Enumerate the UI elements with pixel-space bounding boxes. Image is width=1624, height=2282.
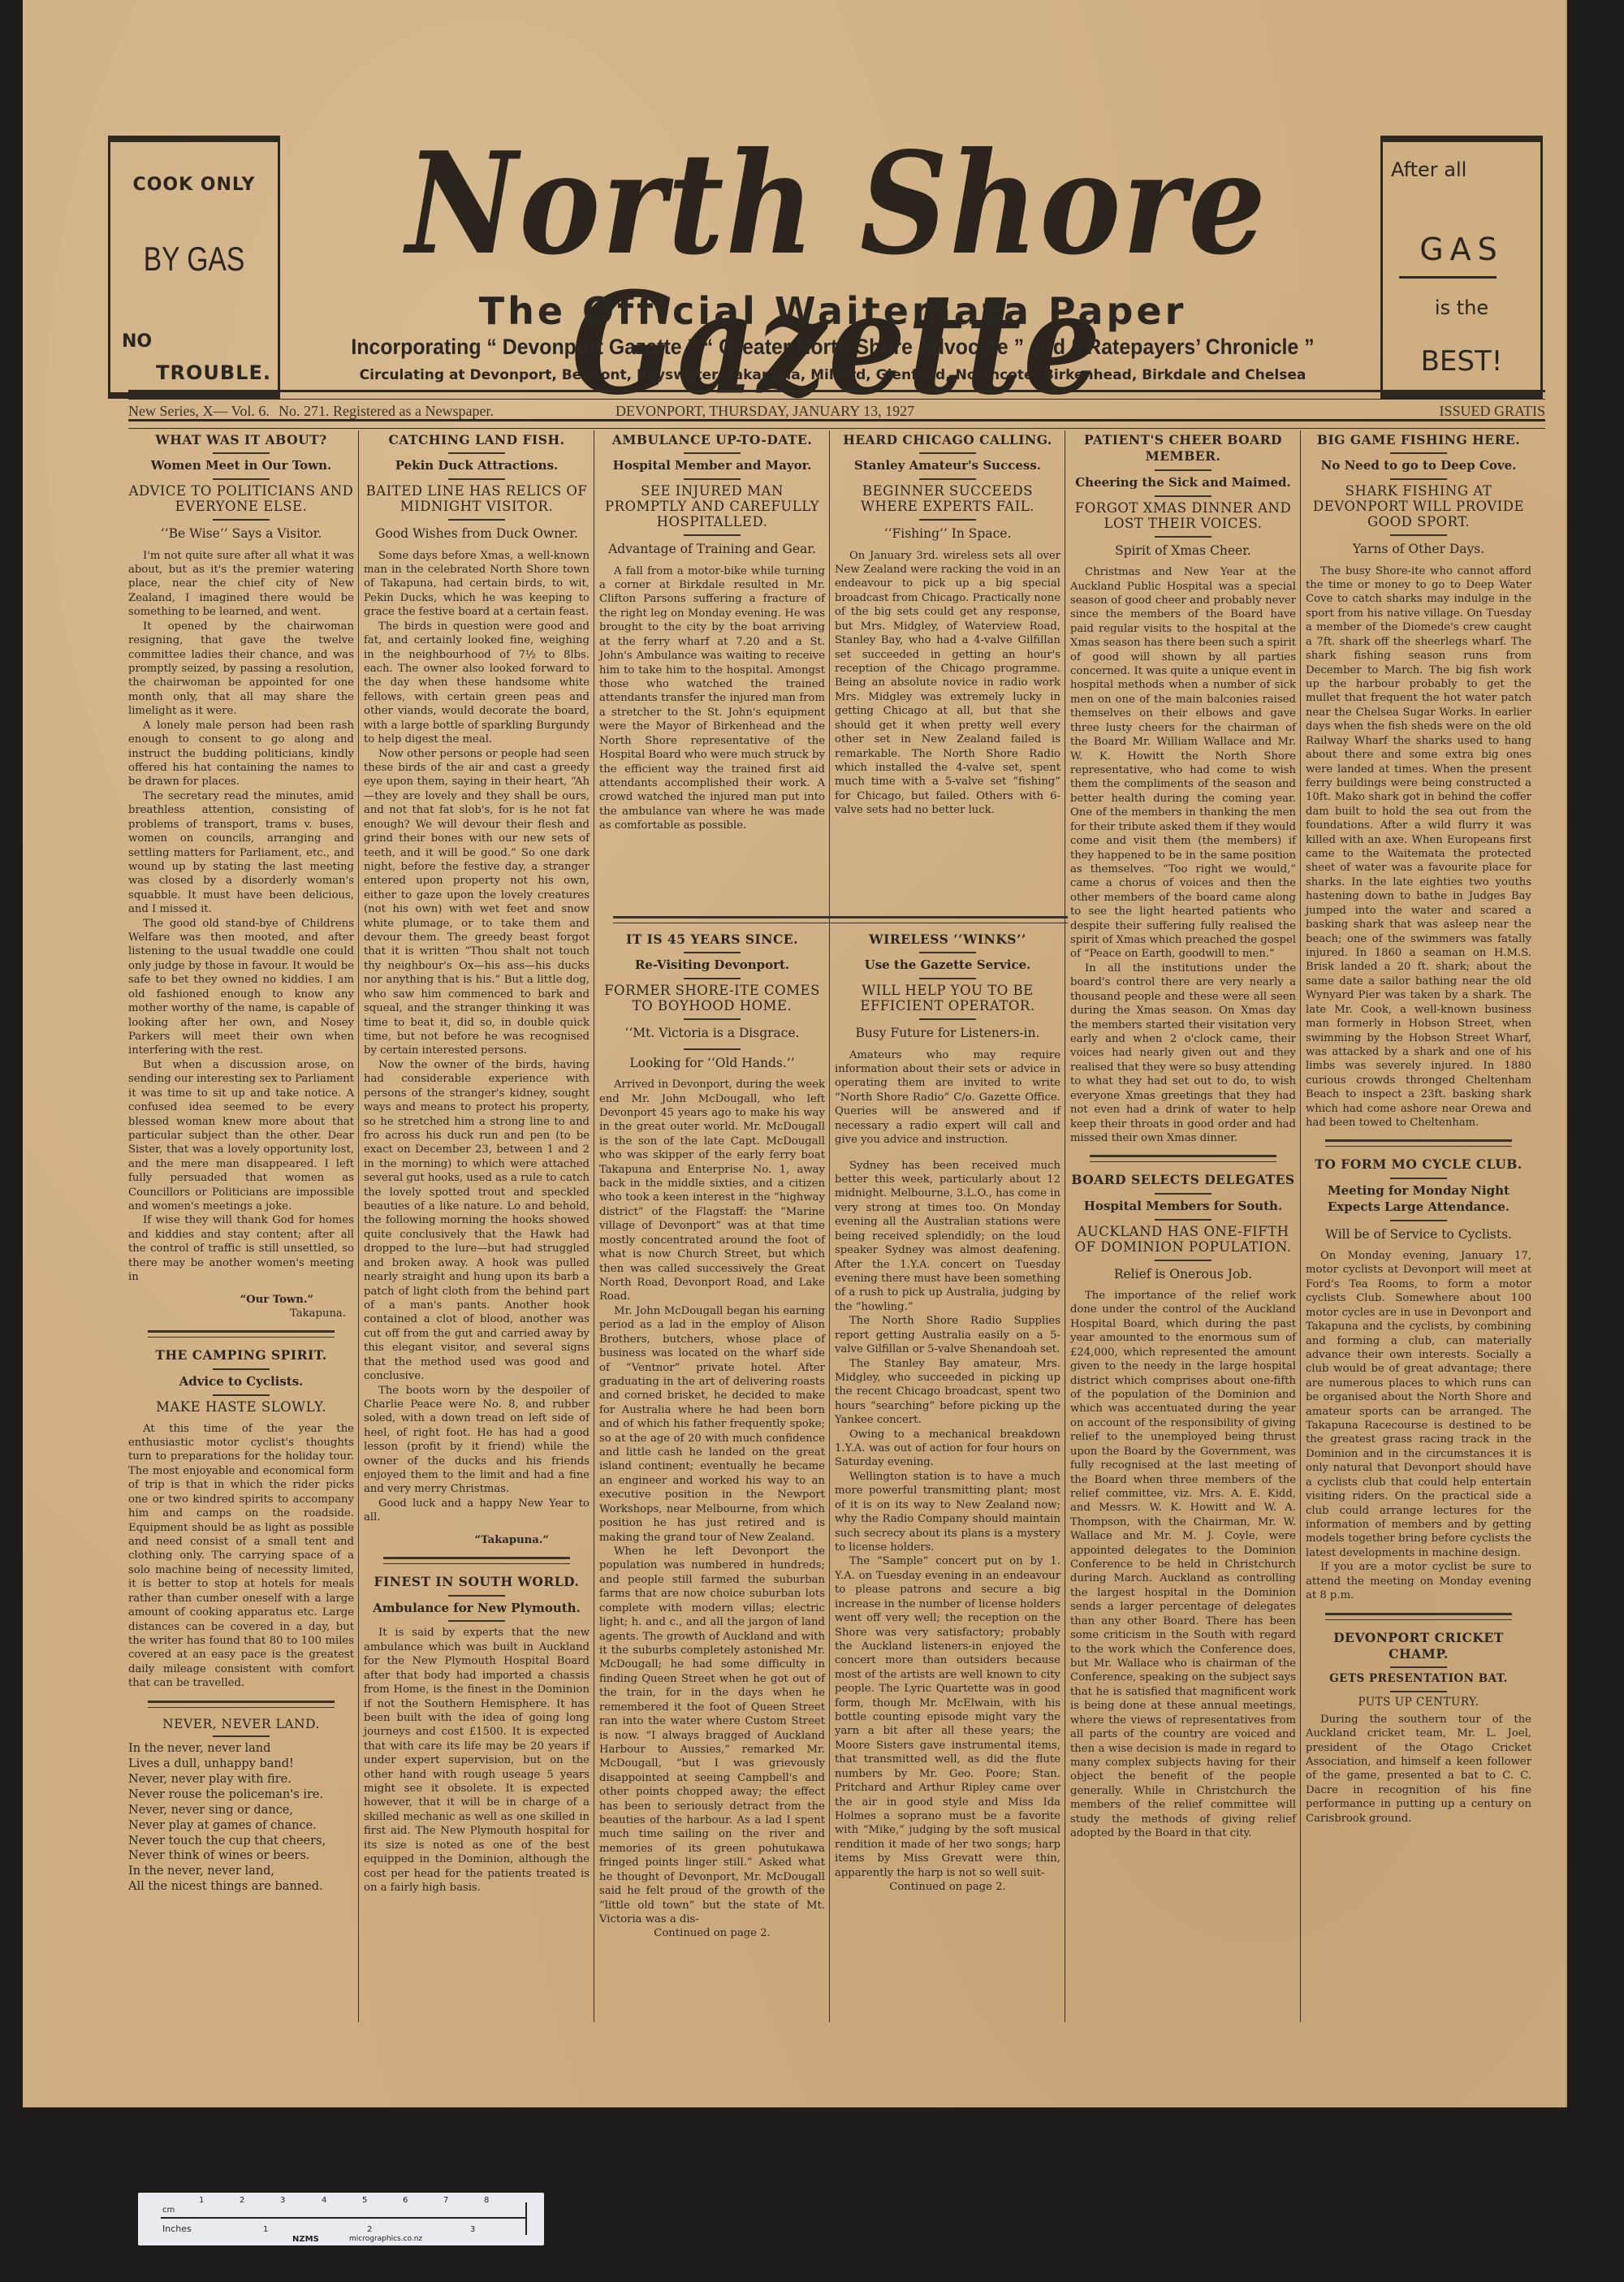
signoff: “Takapuna.” [364,1533,590,1547]
divider [684,478,741,480]
deck: FORGOT XMAS DINNER AND LOST THEIR VOICES… [1070,501,1296,532]
inch-tick: 2 [367,2225,372,2234]
incorporating-line: Incorporating “ Devonport Gazette ” “ Gr… [334,335,1331,360]
section-rule [148,1701,335,1708]
newspaper-page: COOK ONLY BY GAS NO TROUBLE. North Shore… [23,0,1567,2107]
deck: MAKE HASTE SLOWLY. [128,1400,354,1415]
article-paragraph: If you are a motor cyclist be sure to at… [1306,1560,1531,1602]
divider [1390,1178,1447,1179]
inches-label: Inches [162,2224,192,2234]
article-paragraph: But when a discussion arose, on sending … [128,1058,354,1214]
article-paragraph: The busy Shore-ite who cannot afford the… [1306,564,1531,1130]
deck: SHARK FISHING AT DEVONPORT WILL PROVIDE … [1306,484,1531,530]
place-date: DEVONPORT, THURSDAY, JANUARY 13, 1927 [615,403,914,420]
section-rule [1090,1155,1276,1162]
poem-line: Never, never sing or dance, [128,1803,354,1818]
divider [1390,452,1447,454]
headline: HEARD CHICAGO CALLING. [835,432,1060,448]
deck: BAITED LINE HAS RELICS OF MIDNIGHT VISIT… [364,484,590,515]
headline: BOARD SELECTS DELEGATES [1070,1172,1296,1188]
column-5: PATIENT'S CHEER BOARD MEMBER. Cheering t… [1070,430,1296,1840]
article-paragraph: The “Sample” concert put on by 1. Y.A. o… [835,1554,1060,1880]
article-paragraph: Mr. John McDougall began his earning per… [599,1304,825,1545]
divider [213,1368,270,1370]
article-paragraph: I'm not quite sure after all what it was… [128,549,354,620]
headline: CATCHING LAND FISH. [364,432,590,448]
article-paragraph: At this time of the year the enthusiasti… [128,1422,354,1691]
circulation-line: Circulating at Devonport, Belmont, Baysw… [291,367,1375,383]
subheadline: Ambulance for New Plymouth. [364,1601,590,1617]
cm-tick: 6 [403,2196,408,2205]
ad-text: NO [122,331,152,352]
tagline: ‘‘Fishing’’ In Space. [835,525,1060,542]
poem-title: NEVER, NEVER LAND. [128,1718,354,1732]
divider [448,478,505,480]
article-paragraph: Sydney has been received much better thi… [835,1159,1060,1315]
newspaper-subtitle: The Official Waitemata Paper [291,289,1375,333]
section-rule [613,916,1068,923]
divider [1155,495,1212,497]
divider [684,534,741,536]
deck: AUCKLAND HAS ONE-FIFTH OF DOMINION POPUL… [1070,1225,1296,1256]
masthead-rule [128,390,1545,400]
ad-underline [1399,276,1497,279]
signoff: “Our Town.” [128,1293,354,1307]
article-paragraph: The North Shore Radio Supplies report ge… [835,1314,1060,1356]
divider [1390,1691,1447,1692]
divider [1390,478,1447,480]
inch-tick: 1 [263,2225,268,2234]
tagline: ‘‘Mt. Victoria is a Disgrace. [599,1025,825,1041]
article-paragraph: It opened by the chairwoman resigning, t… [128,620,354,719]
divider [213,478,270,480]
brand-label: NZMS [292,2235,319,2244]
tagline: ‘‘Be Wise’’ Says a Visitor. [128,525,354,542]
tagline: Looking for ‘‘Old Hands.’’ [599,1055,825,1071]
tagline: Yarns of Other Days. [1306,541,1531,557]
tagline: Advantage of Training and Gear. [599,541,825,557]
tagline: Spirit of Xmas Cheer. [1070,542,1296,559]
cm-tick: 8 [484,2196,489,2205]
article-paragraph: It is said by experts that the new ambul… [364,1626,590,1895]
article-paragraph: Wellington station is to have a much mor… [835,1470,1060,1555]
divider [919,478,976,480]
poem-line: Never touch the cup that cheers, [128,1834,354,1849]
column-divider [829,430,830,2022]
divider [448,519,505,521]
subheadline: Hospital Member and Mayor. [599,458,825,474]
divider [448,452,505,454]
article-paragraph: Now other persons or people had seen the… [364,747,590,1058]
divider [919,452,976,454]
article-paragraph: The secretary read the minutes, amid bre… [128,789,354,917]
deck: PUTS UP CENTURY. [1306,1696,1531,1709]
column-4-top: HEARD CHICAGO CALLING. Stanley Amateur's… [835,430,1060,818]
subheadline: GETS PRESENTATION BAT. [1306,1672,1531,1687]
headline: WHAT WAS IT ABOUT? [128,432,354,448]
article-paragraph: If wise they will thank God for homes an… [128,1213,354,1284]
poem-line: Never play at games of chance. [128,1818,354,1834]
poem-line: In the never, never land [128,1741,354,1757]
scale-ruler: cm Inches 1 2 3 4 5 6 7 8 1 2 3 NZMS mic… [138,2193,544,2245]
divider [684,452,741,454]
column-1: WHAT WAS IT ABOUT? Women Meet in Our Tow… [128,430,354,1895]
poem-line: Never think of wines or beers. [128,1848,354,1864]
article-paragraph: In all the institutions under the board'… [1070,962,1296,1145]
article-paragraph: The good old stand-bye of Childrens Welf… [128,917,354,1058]
gas-advert-left: COOK ONLY BY GAS NO TROUBLE. [108,140,280,395]
divider [1390,1666,1447,1668]
headline: AMBULANCE UP-TO-DATE. [599,432,825,448]
article-paragraph: When he left Devonport the population wa… [599,1545,825,1926]
subheadline: Stanley Amateur's Success. [835,458,1060,474]
poem-line: Never, never play with fire. [128,1772,354,1787]
cm-tick: 7 [443,2196,448,2205]
divider [1390,1220,1447,1221]
divider [1155,1219,1212,1221]
article-paragraph: Christmas and New Year at the Auckland P… [1070,565,1296,962]
deck: ADVICE TO POLITICIANS AND EVERYONE ELSE. [128,484,354,515]
column-2: CATCHING LAND FISH. Pekin Duck Attractio… [364,430,590,1895]
subheadline: Use the Gazette Service. [835,957,1060,974]
subheadline: Re-Visiting Devonport. [599,957,825,974]
subheadline: Hospital Members for South. [1070,1199,1296,1215]
headline: WIRELESS ‘‘WINKS’’ [835,931,1060,948]
headline: PATIENT'S CHEER BOARD MEMBER. [1070,432,1296,465]
article-paragraph: During the southern tour of the Auckland… [1306,1713,1531,1826]
issue-number: No. 271. Registered as a Newspaper. [279,403,494,420]
divider [213,452,270,454]
ad-text: TROUBLE. [110,361,271,384]
gas-advert-right: After all GAS is the BEST! [1380,140,1543,395]
headline: THE CAMPING SPIRIT. [128,1347,354,1364]
subheadline: Pekin Duck Attractions. [364,458,590,474]
deck: WILL HELP YOU TO BE EFFICIENT OPERATOR. [835,983,1060,1014]
article-paragraph: Now the owner of the birds, having had c… [364,1058,590,1384]
subheadline: Women Meet in Our Town. [128,458,354,474]
divider [448,1595,505,1597]
continued-link[interactable]: Continued on page 2. [599,1926,825,1940]
tagline: Relief is Onerous Job. [1070,1266,1296,1282]
article-paragraph: On January 3rd. wireless sets all over N… [835,549,1060,818]
dateline-rule [128,419,1545,429]
article-paragraph: Amateurs who may require information abo… [835,1048,1060,1147]
divider [1155,469,1212,471]
subheadline: Advice to Cyclists. [128,1374,354,1390]
article-paragraph: Some days before Xmas, a well-known man … [364,549,590,620]
column-3-top: AMBULANCE UP-TO-DATE. Hospital Member an… [599,430,825,833]
tagline: Busy Future for Listeners-in. [835,1025,1060,1041]
divider [1155,1260,1212,1261]
column-divider [358,430,359,2022]
continued-link[interactable]: Continued on page 2. [835,1880,1060,1894]
subheadline: Meeting for Monday Night Expects Large A… [1306,1183,1531,1216]
article-paragraph: The importance of the relief work done u… [1070,1289,1296,1840]
column-4-bottom: WIRELESS ‘‘WINKS’’ Use the Gazette Servi… [835,930,1060,1895]
tagline: Good Wishes from Duck Owner. [364,525,590,542]
column-divider [1300,430,1301,2022]
byline: Takapuna. [128,1307,354,1320]
ad-text: is the [1383,296,1540,319]
article-paragraph: The Stanley Bay amateur, Mrs. Midgley, w… [835,1357,1060,1428]
deck: SEE INJURED MAN PROMPTLY AND CAREFULLY H… [599,484,825,530]
ruler-line [161,2217,526,2219]
issue-price: ISSUED GRATIS [1439,403,1545,420]
article-paragraph: Arrived in Devonport, during the week en… [599,1078,825,1304]
ad-text: After all [1391,158,1466,181]
divider [684,1018,741,1020]
ad-text: GAS [1383,231,1540,267]
section-rule [1325,1613,1512,1620]
column-3-bottom: IT IS 45 YEARS SINCE. Re-Visiting Devonp… [599,930,825,1941]
divider [919,519,976,521]
divider [213,519,270,521]
divider [919,952,976,953]
headline: FINEST IN SOUTH WORLD. [364,1574,590,1590]
tagline: Will be of Service to Cyclists. [1306,1226,1531,1243]
poem-line: In the never, never land, [128,1864,354,1879]
deck: BEGINNER SUCCEEDS WHERE EXPERTS FAIL. [835,484,1060,515]
divider [684,952,741,953]
poem-line: All the nicest things are banned. [128,1879,354,1895]
column-divider [594,430,594,2022]
divider [1390,534,1447,536]
divider [213,1394,270,1396]
column-6: BIG GAME FISHING HERE. No Need to go to … [1306,430,1531,1826]
headline: BIG GAME FISHING HERE. [1306,432,1531,448]
article-paragraph: Good luck and a happy New Year to all. [364,1497,590,1525]
cm-tick: 5 [362,2196,367,2205]
headline: IT IS 45 YEARS SINCE. [599,931,825,948]
cm-tick: 4 [322,2196,326,2205]
ad-text: COOK ONLY [110,175,278,195]
column-divider [1065,430,1065,2022]
ad-text: BY GAS [127,240,261,279]
section-rule [383,1557,570,1564]
article-paragraph: A fall from a motor-bike while turning a… [599,564,825,833]
article-paragraph: The boots worn by the despoiler of Charl… [364,1384,590,1497]
subheadline: No Need to go to Deep Cove. [1306,458,1531,474]
cm-tick: 1 [199,2196,204,2205]
inch-tick: 3 [470,2225,475,2234]
poem-line: Never rouse the policeman's ire. [128,1787,354,1803]
divider [919,1018,976,1020]
divider [684,978,741,979]
divider [213,1735,270,1737]
divider [919,978,976,979]
article-paragraph: The birds in question were good and fat,… [364,620,590,747]
ruler-end [525,2202,527,2235]
divider [1155,1193,1212,1195]
cm-tick: 3 [280,2196,285,2205]
subheadline: Cheering the Sick and Maimed. [1070,475,1296,491]
headline: TO FORM MO CYCLE CLUB. [1306,1156,1531,1173]
deck: FORMER SHORE-ITE COMES TO BOYHOOD HOME. [599,983,825,1014]
ad-text: BEST! [1383,345,1540,378]
article-paragraph: A lonely male person had been rash enoug… [128,719,354,789]
divider [684,1048,741,1050]
divider [448,1620,505,1622]
website-label: micrographics.co.nz [349,2235,422,2243]
section-rule [1325,1139,1512,1147]
series-volume: New Series, X— Vol. 6. [128,403,270,420]
headline: DEVONPORT CRICKET CHAMP. [1306,1630,1531,1663]
section-rule [148,1330,335,1338]
article-paragraph: On Monday evening, January 17, motor cyc… [1306,1249,1531,1560]
article-paragraph: Owing to a mechanical breakdown 1.Y.A. w… [835,1428,1060,1470]
cm-tick: 2 [240,2196,244,2205]
divider [1155,536,1212,538]
poem-line: Lives a dull, unhappy band! [128,1757,354,1772]
cm-label: cm [162,2206,175,2215]
